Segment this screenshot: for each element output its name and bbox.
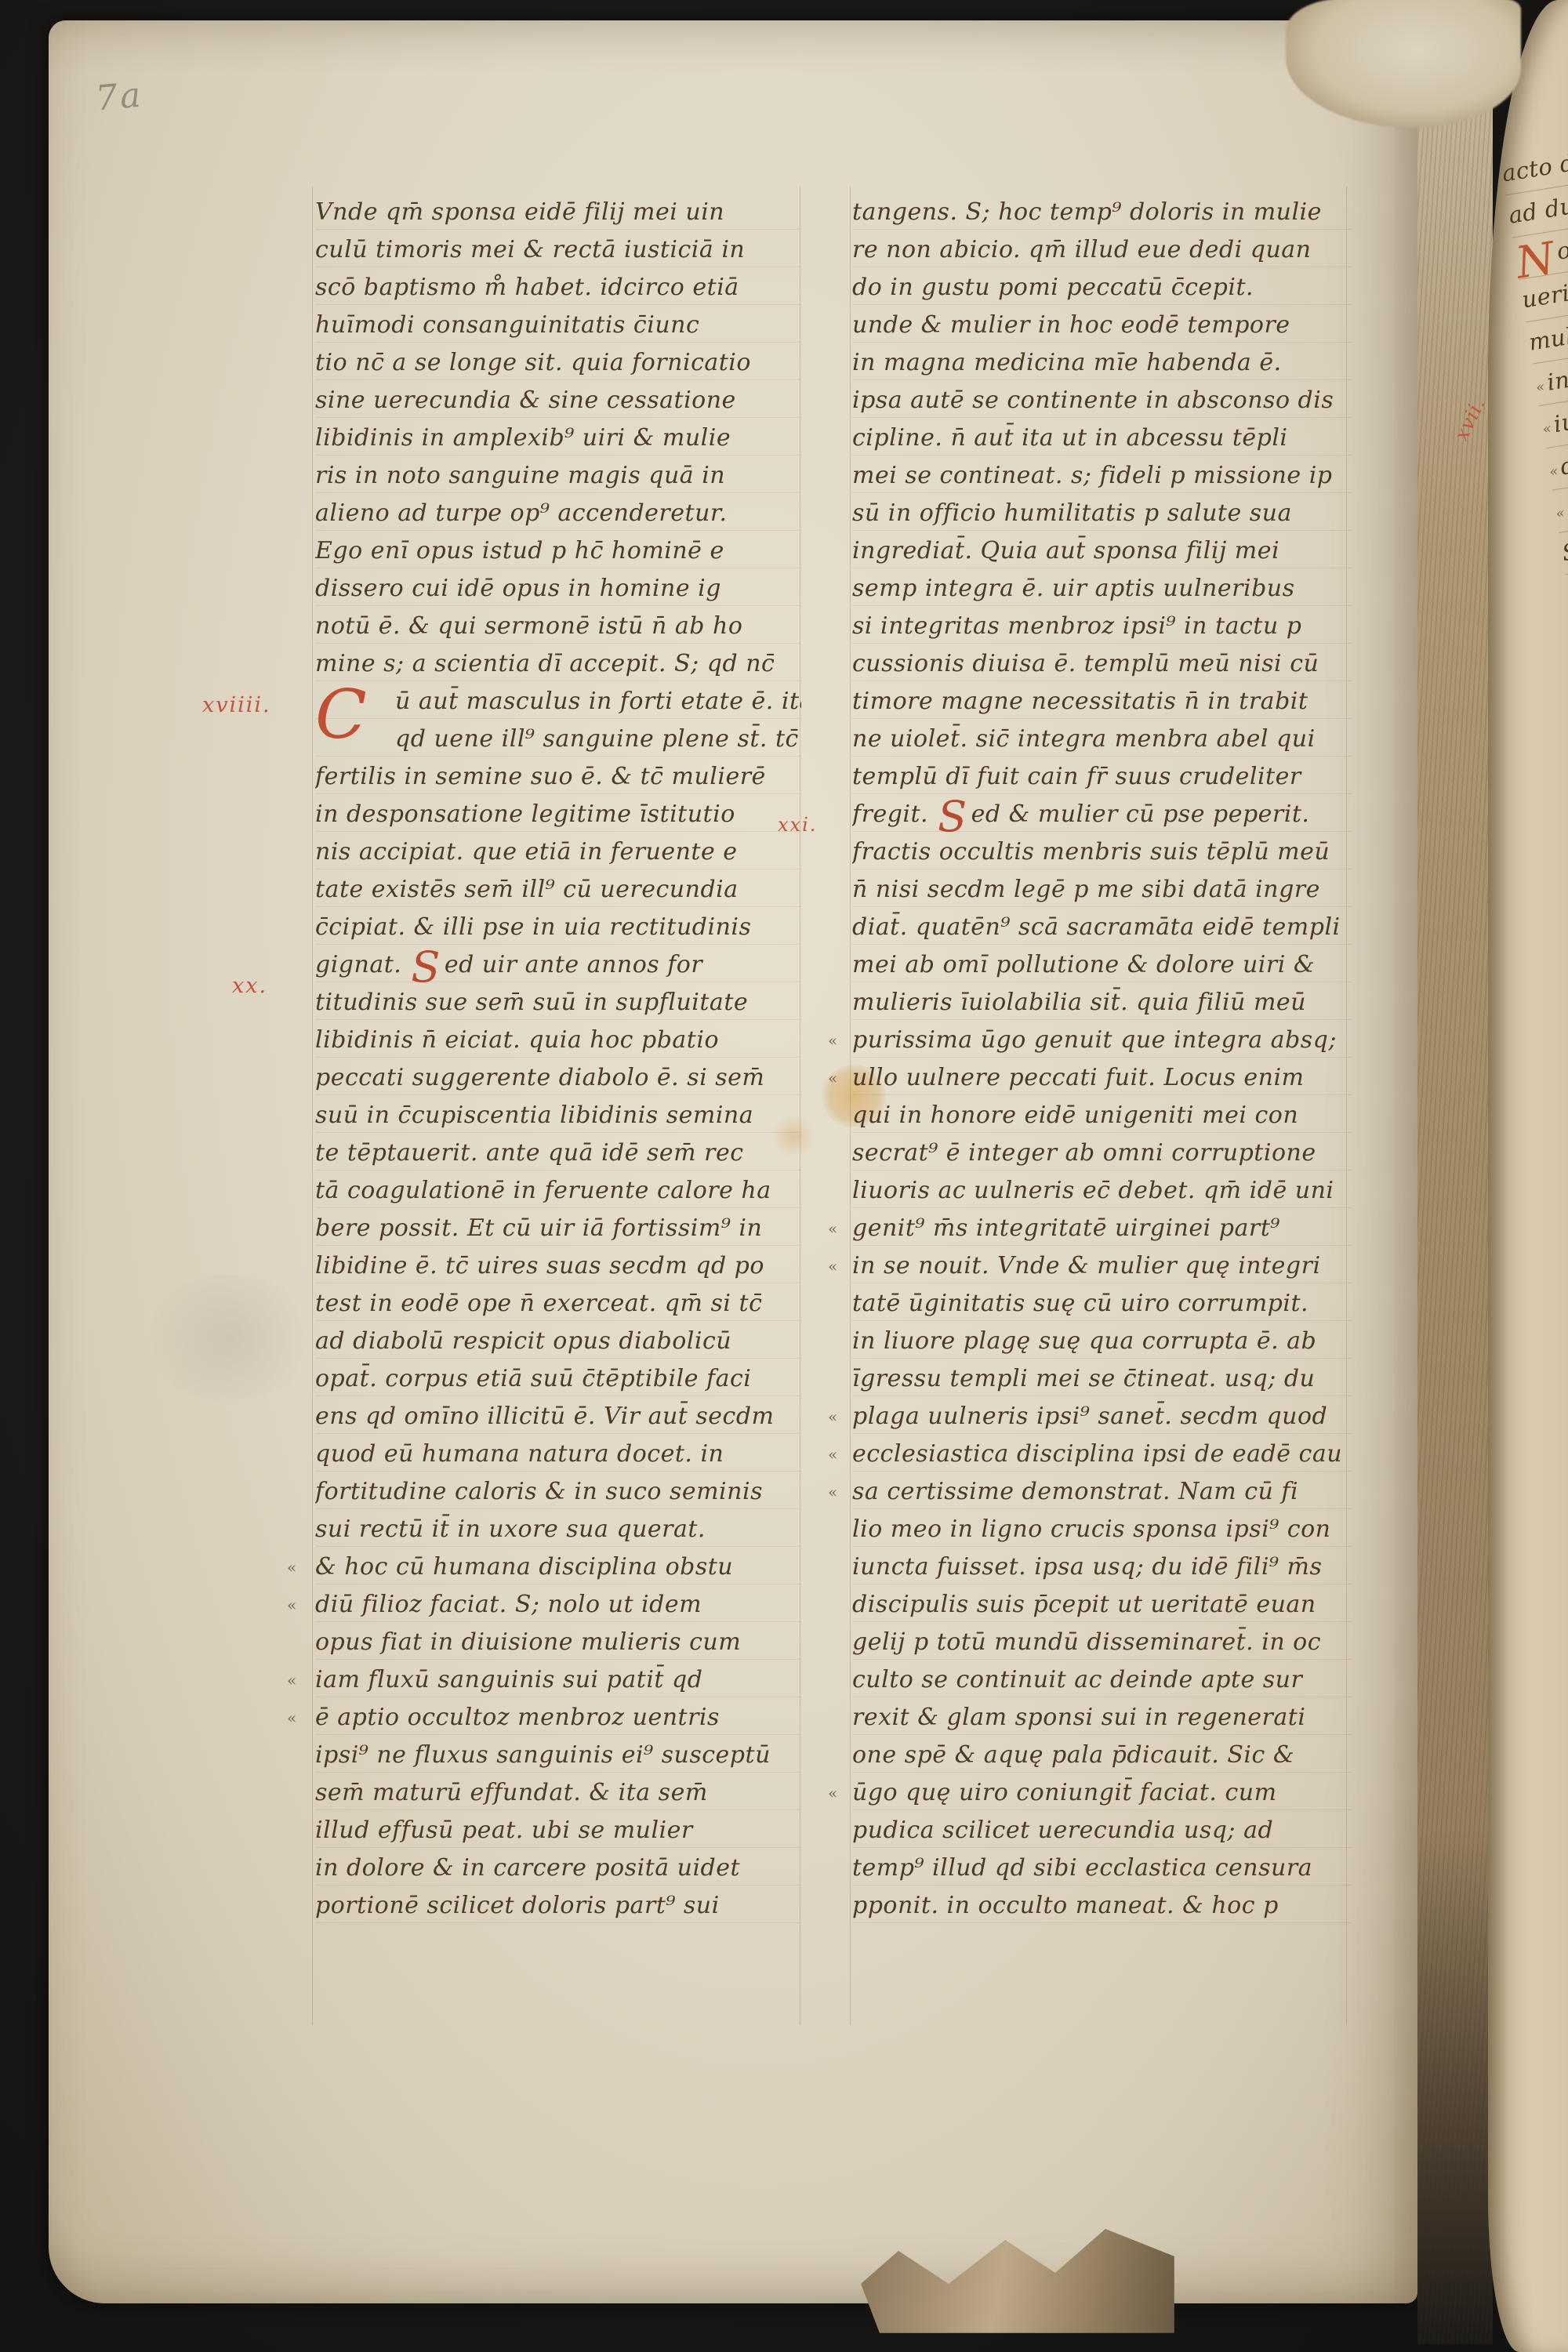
text-line: ad diabolū respicit opus diabolicū	[315, 1323, 801, 1360]
text-line: n̄ nisi secdm legē p me sibi datā ingre	[852, 871, 1352, 909]
text-line: illud effusū peat. ubi se mulier	[315, 1812, 801, 1849]
text-line: secrat⁹ ē integer ab omni corruptione	[852, 1134, 1352, 1172]
text-line: unde & mulier in hoc eodē tempore	[852, 307, 1352, 344]
ruling-line	[850, 187, 851, 2025]
text-line: gignat. Sed uir ante annos for	[315, 946, 801, 984]
text-line: sine uerecundia & sine cessatione	[315, 382, 801, 419]
text-line: ūgo quę uiro coniungit̄ faciat. cum	[852, 1774, 1352, 1812]
text-line: ipsa autē se continente in absconso dis	[852, 382, 1352, 419]
text-line: libidinis in amplexib⁹ uiri & mulie	[315, 419, 801, 457]
page-fore-edge	[1417, 0, 1493, 2344]
text-line: & hoc cū humana disciplina obstu	[315, 1548, 801, 1586]
text-line: mine s; a scientia dī accepit. S; qd nc̄	[315, 645, 801, 683]
ruling-line	[312, 187, 313, 2025]
text-line: Cū aut̄ masculus in forti etate ē. ita	[315, 683, 801, 720]
margin-quote-mark: «	[1555, 505, 1564, 522]
text-line: genit⁹ m̄s integritatē uirginei part⁹	[852, 1210, 1352, 1247]
damaged-corner-patch	[1286, 0, 1521, 128]
margin-quote-mark: «	[828, 1219, 836, 1238]
text-line: semp integra ē. uir aptis uulneribus	[852, 570, 1352, 608]
text-line: do in gustu pomi peccatū c̄cepit.	[852, 269, 1352, 307]
text-line: pudica scilicet uerecundia usq; ad	[852, 1812, 1352, 1849]
margin-quote-mark: «	[1535, 379, 1544, 396]
chapter-number-xviiii: xviiii.	[202, 693, 271, 717]
text-line: sui rectū it̄ in uxore sua querat.	[315, 1511, 801, 1548]
margin-quote-mark: «	[287, 1671, 295, 1690]
margin-quote-mark: «	[828, 1445, 836, 1464]
text-line: iuncta fuisset. ipsa usq; du idē fili⁹ m…	[852, 1548, 1352, 1586]
text-line: ne uiolet̄. sic̄ integra menbra abel qui	[852, 720, 1352, 758]
text-line: Vnde qm̄ sponsa eidē filij mei uin	[315, 194, 801, 231]
text-line: timore magne necessitatis n̄ in trabit	[852, 683, 1352, 720]
text-line: discipulis suis p̄cepit ut ueritatē euan	[852, 1586, 1352, 1624]
text-line: ipsi⁹ ne fluxus sanguinis ei⁹ susceptū	[315, 1737, 801, 1774]
text-line: ē aptio occultoz menbroz uentris	[315, 1699, 801, 1737]
text-line: mei ab omī pollutione & dolore uiri &	[852, 946, 1352, 984]
text-line: gelij p totū mundū disseminaret̄. in oc	[852, 1624, 1352, 1661]
left-text-column: Vnde qm̄ sponsa eidē filij mei uinculū t…	[315, 194, 801, 1925]
text-line: sem̄ maturū effundat. & ita sem̄	[315, 1774, 801, 1812]
margin-quote-mark: «	[828, 1407, 836, 1426]
text-line: temp⁹ illud qd sibi ecclastica censura	[852, 1849, 1352, 1887]
rubric-initial: C	[315, 686, 390, 744]
text-line: portionē scilicet doloris part⁹ sui	[315, 1887, 801, 1925]
margin-quote-mark: «	[828, 1069, 836, 1087]
manuscript-photo: 7a xviiii. xx. xxi. Vnde qm̄ sponsa eidē…	[0, 0, 1568, 2352]
margin-quote-mark: «	[287, 1595, 295, 1614]
text-line: nis accipiat. que etiā in feruente e	[315, 833, 801, 871]
text-line: purissima ūgo genuit que integra absq;	[852, 1022, 1352, 1059]
text-line: re non abicio. qm̄ illud eue dedi quan	[852, 231, 1352, 269]
text-line: culto se continuit ac deinde apte sur	[852, 1661, 1352, 1699]
text-line: ens qd omīno illicitū ē. Vir aut̄ secdm	[315, 1398, 801, 1436]
text-line: alieno ad turpe op⁹ accenderetur.	[315, 495, 801, 532]
manuscript-page: 7a xviiii. xx. xxi. Vnde qm̄ sponsa eidē…	[49, 20, 1417, 2303]
text-line: diū filioz faciat. S; nolo ut idem	[315, 1586, 801, 1624]
text-line: in desponsatione legitime īstitutio	[315, 796, 801, 833]
text-line: ecclesiastica disciplina ipsi de eadē ca…	[852, 1436, 1352, 1473]
folio-number: 7a	[94, 74, 144, 118]
text-line: mulieris īuiolabilia sit̄. quia filiū me…	[852, 984, 1352, 1022]
text-line: iam fluxū sanguinis sui patit̄ qd	[315, 1661, 801, 1699]
text-line: si integritas menbroz ipsi⁹ in tactu p	[852, 608, 1352, 645]
text-line: peccati suggerente diabolo ē. si sem̄	[315, 1059, 801, 1097]
text-line: ullo uulnere peccati fuit. Locus enim	[852, 1059, 1352, 1097]
text-line: Ego enī opus istud p hc̄ hominē e	[315, 532, 801, 570]
text-line: libidinis n̄ eiciat. quia hoc pbatio	[315, 1022, 801, 1059]
margin-quote-mark: «	[1541, 421, 1551, 438]
text-line: titudinis sue sem̄ suū in supfluitate	[315, 984, 801, 1022]
text-line: acto de	[1499, 114, 1568, 196]
margin-quote-mark: «	[287, 1708, 295, 1727]
text-line: cussionis diuisa ē. templū meū nisi cū	[852, 645, 1352, 683]
text-line: tio nc̄ a se longe sit. quia fornicatio	[315, 344, 801, 382]
text-line: in liuore plagę suę qua corrupta ē. ab	[852, 1323, 1352, 1360]
text-line: in dolore & in carcere positā uidet	[315, 1849, 801, 1887]
chapter-number-xxi: xxi.	[778, 814, 817, 836]
text-line: ris in noto sanguine magis quā in	[315, 457, 801, 495]
text-line: c̄cipiat. & illi pse in uia rectitudinis	[315, 909, 801, 946]
text-line: qui in honore eidē unigeniti mei con	[852, 1097, 1352, 1134]
text-line: test in eodē ope n̄ exerceat. qm̄ si tc̄	[315, 1285, 801, 1323]
margin-quote-mark: «	[287, 1558, 295, 1577]
text-line: dissero cui idē opus in homine ig	[315, 570, 801, 608]
margin-quote-mark: «	[828, 1784, 836, 1802]
text-line: templū dī fuit cain fr̄ suus crudeliter	[852, 758, 1352, 796]
text-line: cipline. n̄ aut̄ ita ut in abcessu tēpli	[852, 419, 1352, 457]
text-line: libidine ē. tc̄ uires suas secdm qd po	[315, 1247, 801, 1285]
chapter-number-xx: xx.	[232, 974, 267, 998]
text-line: fregit. Sed & mulier cū pse peperit.	[852, 796, 1352, 833]
text-line: fractis occultis menbris suis tēplū meū	[852, 833, 1352, 871]
text-line: one spē & aquę pala p̄dicauit. Sic &	[852, 1737, 1352, 1774]
text-line: bere possit. Et cū uir iā fortissim⁹ in	[315, 1210, 801, 1247]
text-line: te tēptauerit. ante quā idē sem̄ rec	[315, 1134, 801, 1172]
text-line: īgressu templi mei se c̄tineat. usq; du	[852, 1360, 1352, 1398]
text-line: ingrediat̄. Quia aut̄ sponsa filij mei	[852, 532, 1352, 570]
text-line: in se nouit. Vnde & mulier quę integri	[852, 1247, 1352, 1285]
text-line: tangens. S; hoc temp⁹ doloris in mulie	[852, 194, 1352, 231]
text-line: in magna medicina mīe habenda ē.	[852, 344, 1352, 382]
facing-page-edge: acto dead dulceNolo eueris exmuliere«inf…	[1488, 0, 1568, 2352]
text-line: scō baptismo m̊ habet. idcirco etiā	[315, 269, 801, 307]
text-line: fertilis in semine suo ē. & tc̄ mulierē	[315, 758, 801, 796]
text-line: pponit. in occulto maneat. & hoc p	[852, 1887, 1352, 1925]
text-line: tatē ūginitatis suę cū uiro corrumpit.	[852, 1285, 1352, 1323]
text-line: lio meo in ligno crucis sponsa ipsi⁹ con	[852, 1511, 1352, 1548]
text-line: opus fiat in diuisione mulieris cum	[315, 1624, 801, 1661]
margin-quote-mark: «	[1548, 463, 1558, 480]
text-line: quod eū humana natura docet. in	[315, 1436, 801, 1473]
text-line: liuoris ac uulneris ec̄ debet. qm̄ idē u…	[852, 1172, 1352, 1210]
text-line: opat̄. corpus etiā suū c̄tēptibile faci	[315, 1360, 801, 1398]
margin-quote-mark: «	[828, 1257, 836, 1276]
text-line: diat̄. quatēn⁹ scā sacramāta eidē templi	[852, 909, 1352, 946]
right-text-column: tangens. S; hoc temp⁹ doloris in muliere…	[852, 194, 1352, 1925]
text-line: rexit & glam sponsi sui in regenerati	[852, 1699, 1352, 1737]
text-line: culū timoris mei & rectā iusticiā in	[315, 231, 801, 269]
text-line: sū in officio humilitatis p salute sua	[852, 495, 1352, 532]
text-line: suū in c̄cupiscentia libidinis semina	[315, 1097, 801, 1134]
text-line: tate existēs sem̄ ill⁹ cū uerecundia	[315, 871, 801, 909]
text-line: sa certissime demonstrat. Nam cū fi	[852, 1473, 1352, 1511]
facing-page-text: acto dead dulceNolo eueris exmuliere«inf…	[1499, 114, 1568, 2049]
margin-quote-mark: «	[828, 1483, 836, 1501]
text-line: mei se contineat. s; fideli p missione i…	[852, 457, 1352, 495]
text-line: huīmodi consanguinitatis c̄iunc	[315, 307, 801, 344]
parchment-smudge	[143, 1275, 315, 1400]
text-line: plaga uulneris ipsi⁹ sanet̄. secdm quod	[852, 1398, 1352, 1436]
margin-quote-mark: «	[828, 1031, 836, 1050]
text-line: notū ē. & qui sermonē istū n̄ ab ho	[315, 608, 801, 645]
text-line: fortitudine caloris & in suco seminis	[315, 1473, 801, 1511]
text-line: tā coagulationē in feruente calore ha	[315, 1172, 801, 1210]
